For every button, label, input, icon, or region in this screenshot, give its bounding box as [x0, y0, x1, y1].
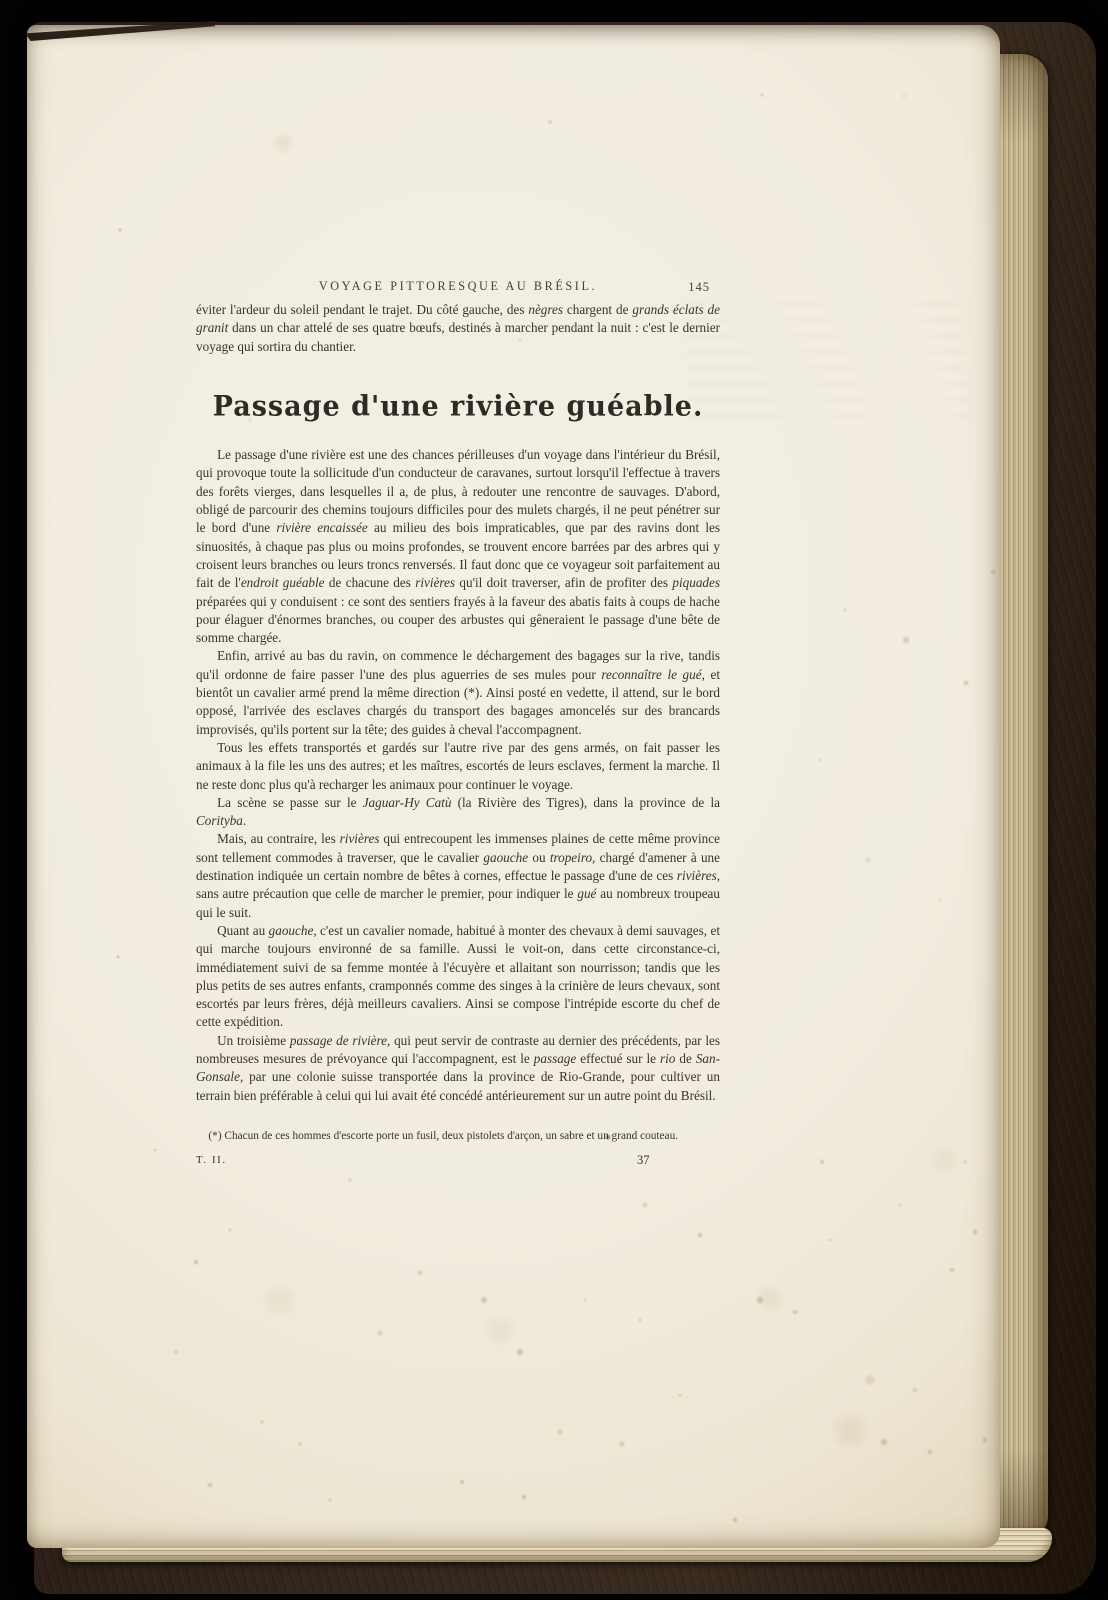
foxing-spot: [557, 1429, 563, 1435]
body-text: Le passage d'une rivière est une des cha…: [196, 446, 720, 1105]
foxing-spot: [516, 1348, 524, 1356]
running-header: VOYAGE PITTORESQUE AU BRÉSIL. 145: [196, 277, 720, 295]
foxing-spot: [972, 1229, 978, 1235]
foxing-spot: [902, 636, 910, 644]
tome-mark: T. II.: [196, 1154, 227, 1166]
foxing-spot: [480, 1296, 488, 1304]
foxing-spot: [843, 608, 847, 612]
foxing-spot: [938, 898, 942, 902]
foxing-spot: [898, 1203, 902, 1207]
foxing-spot: [982, 1437, 988, 1443]
foxing-spot: [207, 1482, 213, 1488]
foxing-spot: [818, 758, 822, 762]
page-number: 145: [688, 278, 710, 296]
foxing-spot: [228, 1228, 232, 1232]
foxing-spot: [756, 1284, 784, 1312]
footnote: (*) Chacun de ces hommes d'escorte porte…: [196, 1129, 720, 1143]
foxing-spot: [377, 1330, 383, 1336]
foxing-spot: [732, 1517, 738, 1523]
foxing-spot: [864, 1374, 876, 1386]
body-paragraph: Quant au gaouche, c'est un cavalier noma…: [196, 922, 720, 1032]
running-header-title: VOYAGE PITTORESQUE AU BRÉSIL.: [319, 279, 597, 293]
body-paragraph: Un troisième passage de rivière, qui peu…: [196, 1032, 720, 1105]
body-paragraph: La scène se passe sur le Jaguar-Hy Catù …: [196, 794, 720, 831]
foxing-spot: [547, 119, 553, 125]
foxing-spot: [963, 680, 969, 686]
sheet-number: 37: [637, 1151, 650, 1169]
foxing-spot: [193, 1259, 199, 1265]
foxing-spot: [642, 1202, 648, 1208]
showthrough-text-ghost: [682, 303, 974, 431]
book-scan: VOYAGE PITTORESQUE AU BRÉSIL. 145 éviter…: [0, 0, 1108, 1600]
foxing-spot: [990, 569, 996, 575]
foxing-spot: [760, 93, 764, 97]
foxing-spot: [880, 1438, 888, 1446]
foxing-spot: [174, 1350, 178, 1354]
foxing-spot: [583, 1298, 587, 1302]
foxing-spot: [697, 1232, 703, 1238]
foxing-spot: [619, 1441, 625, 1447]
foxing-spot: [417, 1270, 423, 1276]
foxing-spot: [298, 1442, 302, 1446]
foxing-spot: [328, 1498, 332, 1502]
foxing-spot: [828, 1238, 832, 1242]
body-paragraph: Enfin, arrivé au bas du ravin, on commen…: [196, 647, 720, 738]
foxing-spot: [927, 1449, 933, 1455]
foxing-spot: [819, 1159, 825, 1165]
foxing-spot: [116, 955, 120, 959]
foxing-spot: [348, 1178, 352, 1182]
continuation-paragraph: éviter l'ardeur du soleil pendant le tra…: [196, 301, 720, 356]
foxing-spot: [638, 1318, 642, 1322]
foxing-spot: [260, 1420, 264, 1424]
foxing-spot: [912, 1387, 918, 1393]
foxing-spot: [118, 228, 122, 232]
foxing-spot: [678, 1393, 682, 1397]
section-heading: Passage d'une rivière guéable.: [196, 398, 720, 417]
foxing-spot: [262, 1282, 298, 1318]
foxing-spot: [459, 1479, 465, 1485]
foxing-spot: [830, 1410, 870, 1450]
book-page: VOYAGE PITTORESQUE AU BRÉSIL. 145 éviter…: [27, 25, 1000, 1548]
body-paragraph: Tous les effets transportés et gardés su…: [196, 739, 720, 794]
foxing-spot: [153, 1148, 157, 1152]
foxing-spot: [931, 1146, 959, 1174]
foxing-spot: [792, 1309, 798, 1315]
foxing-spot: [963, 1160, 967, 1164]
foxing-spot: [521, 1494, 527, 1500]
foxing-spot: [865, 857, 871, 863]
foxing-spot: [902, 94, 906, 98]
foxing-spot: [273, 133, 293, 153]
foxing-spot: [484, 1314, 516, 1346]
text-column: VOYAGE PITTORESQUE AU BRÉSIL. 145 éviter…: [196, 277, 720, 1167]
foxing-spot: [949, 1267, 955, 1273]
signature-line: T. II. 37: [196, 1151, 720, 1167]
body-paragraph: Mais, au contraire, les rivières qui ent…: [196, 830, 720, 921]
body-paragraph: Le passage d'une rivière est une des cha…: [196, 446, 720, 647]
